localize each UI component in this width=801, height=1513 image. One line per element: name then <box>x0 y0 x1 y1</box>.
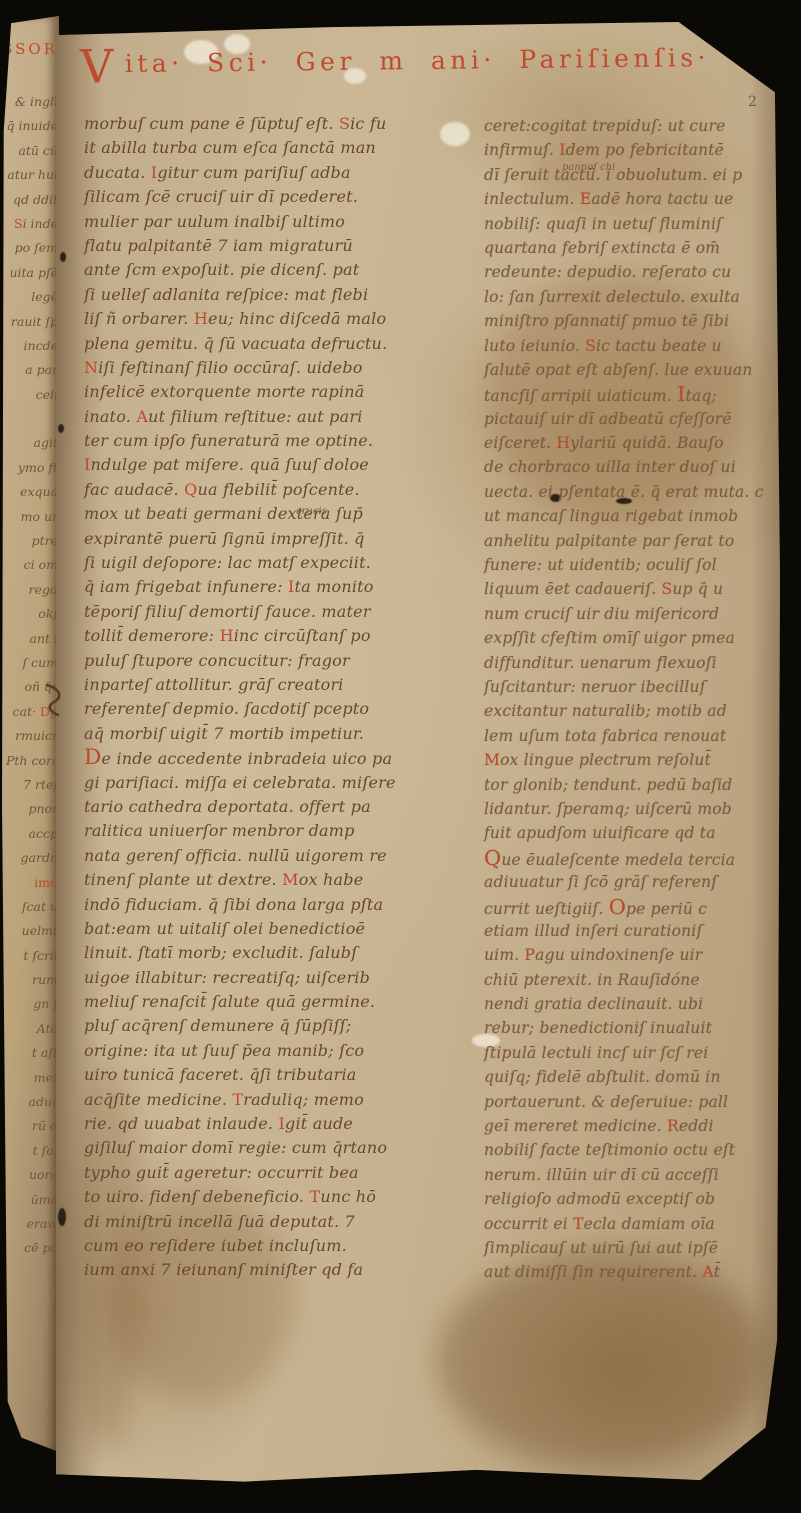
text-line: nerum. illūin uir dī cū acceſſi <box>484 1163 801 1187</box>
text-line: ter cum ipſo funeraturā me optine. <box>84 429 468 453</box>
text-line: aq̄ morbiſ uigit̄ 7 mortib impetiur. <box>84 722 468 746</box>
edge-hole <box>58 424 64 433</box>
edge-tear <box>58 1208 66 1226</box>
text-line: ci om <box>6 553 58 577</box>
text-line: adiuuatur ſi ſcō grāſ referenſ <box>484 870 801 894</box>
text-line: anhelitu palpitante par ſerat to <box>484 529 801 553</box>
manuscript-page: Vita· Sci· Ger m ani· Pariſienſis· ep̄ 2… <box>56 22 780 1486</box>
text-line: liſ ñ orbarer. Heu; hinc diſcedā malo <box>84 307 468 331</box>
text-line: rauit ſp <box>6 310 58 334</box>
text-line: redeunte: depudio. reſerato cu <box>484 260 801 284</box>
text-line: agit <box>6 431 58 455</box>
text-line: rie. qd uuabat inlaude. Igit̄ aude <box>84 1112 468 1136</box>
text-line: atur hul <box>6 163 58 187</box>
text-line: ymo ft <box>6 456 58 480</box>
text-line: inato. Aut filium reſtitue: aut pari <box>84 405 468 429</box>
text-line: ſimplicauſ ut uirū ſui aut ipſē <box>484 1236 801 1260</box>
text-line: ium anxi 7 ieiunanſ miniſter qd fa <box>84 1258 468 1282</box>
red-initial: M <box>484 751 500 769</box>
text-line: adur <box>6 1090 58 1114</box>
text-line: tollit̄ demerore: Hinc circūſtanſ po <box>84 624 468 648</box>
text-line: luto ieiunio. Sic tactu beate u <box>484 334 801 358</box>
text-line: gn ſ <box>6 992 58 1016</box>
text-line: rmuicr <box>6 724 58 748</box>
previous-folio-edge: SSOR & inglīq̄ inuideatū cūatur hulqd dd… <box>2 16 59 1452</box>
text-line: nobiliſ: quaſi in uetuſ fluminiſ <box>484 212 801 236</box>
text-line: lem uſum tota fabrica renouat <box>484 724 801 748</box>
text-line: Pth coral <box>6 749 58 773</box>
text-line: quartana febriſ extincta ē om̄ <box>484 236 801 260</box>
text-line: q̄ inuide <box>6 114 58 138</box>
text-line: ſ cum <box>6 651 58 675</box>
text-line: tēporiſ filiuſ demortiſ fauce. mater <box>84 600 468 624</box>
text-line: accp <box>6 822 58 846</box>
text-line: tancſiſ arripii uiaticum. Itaq; <box>484 382 801 406</box>
text-line: Que ēualeſcente medela tercia <box>484 846 801 870</box>
text-line: fac audacē. Qua flebilit̄ poſcente. <box>84 478 468 502</box>
title-rubric: Vita· Sci· Ger m ani· Pariſienſis· ep̄ <box>80 42 774 78</box>
text-line: tor glonib; tendunt. pedū baſid <box>484 773 801 797</box>
text-line: Si inde <box>6 212 58 236</box>
text-line: po ſem <box>6 236 58 260</box>
margin-rubric-fragment: SSOR <box>2 40 58 58</box>
text-line: cum eo reſidere iubet incluſum. <box>84 1234 468 1258</box>
text-line: ſi uelleſ adlanita reſpice: mat flebi <box>84 283 468 307</box>
text-column-right: ceret:cogitat trepiduſ: ut cureinfirmuſ.… <box>484 114 801 1285</box>
text-line: lidantur. ſperamq; uiſcerū mob <box>484 797 801 821</box>
text-line: morbuſ cum pane ē ſūptuſ eſt. Sic fu <box>84 112 468 136</box>
text-line: occurrit ei Tecla damiam oīa <box>484 1212 801 1236</box>
text-line: exqua <box>6 480 58 504</box>
text-line: uiro tunicā faceret. q̄ſi tributaria <box>84 1063 468 1087</box>
interlinear-gloss-right: pannoſ chi <box>562 162 615 173</box>
text-line: mulier par uulum inalbiſ ultimo <box>84 210 468 234</box>
pen-squiggle <box>44 682 70 718</box>
text-line: miniſtro pſannatiſ pmuo tē ſibi <box>484 309 801 333</box>
folio-number: 2 <box>748 94 757 110</box>
text-line: 7 rteſ <box>6 773 58 797</box>
text-line: uim. Pagu uindoxinenſe uir <box>484 943 801 967</box>
text-line: a par <box>6 358 58 382</box>
text-line: ceret:cogitat trepiduſ: ut cure <box>484 114 801 138</box>
text-line: ſalutē opat eſt abſenſ. lue exuuan <box>484 358 801 382</box>
text-line: geī mereret medicine. Reddi <box>484 1114 801 1138</box>
text-line: gardn <box>6 846 58 870</box>
text-line: ſi uigil deſopore: lac matſ expeciit. <box>84 551 468 575</box>
text-line: quiſq; fidelē abſtulit. domū in <box>484 1065 801 1089</box>
text-line: ant i <box>6 627 58 651</box>
text-line: Ato <box>6 1017 58 1041</box>
text-line: num cruciſ uir diu miſericord <box>484 602 801 626</box>
text-line: typho guit̄ ageretur: occurrit bea <box>84 1161 468 1185</box>
red-initial: S <box>662 580 673 598</box>
text-line: portauerunt. & deſeruiue: pall <box>484 1090 801 1114</box>
text-line: eraw <box>6 1212 58 1236</box>
text-line: pluſ acq̄renſ demunere q̄ ſūpſiſſ; <box>84 1014 468 1038</box>
text-line: currit ueſtigiiſ. Ope periū c <box>484 895 801 919</box>
red-initial: A <box>702 1263 713 1281</box>
text-line: uecta. ei pſentata ē. q̄ erat muta. c <box>484 480 801 504</box>
rubric-initial-letter: V <box>80 39 118 93</box>
text-line: legē <box>6 285 58 309</box>
interlinear-gloss-left: crucis <box>296 506 327 517</box>
text-line: tario cathedra deportata. offert pa <box>84 795 468 819</box>
text-line: Indulge pat miſere. quā ſuuſ doloe <box>84 453 468 477</box>
text-line: atū cū <box>6 139 58 163</box>
red-initial: M <box>282 870 299 889</box>
text-line: qd ddit <box>6 188 58 212</box>
red-initial: T <box>232 1090 243 1109</box>
text-line: bat:eam ut uitaliſ olei benedictioē <box>84 917 468 941</box>
text-line: Mox lingue plectrum reſolut̄ <box>484 748 801 772</box>
text-line: ut mancaſ lingua rigebat inmob <box>484 504 801 528</box>
red-initial: T <box>309 1187 320 1206</box>
text-line: uita pſē <box>6 261 58 285</box>
text-line: rū d <box>6 1114 58 1138</box>
text-line: lo: ſan ſurrexit delectulo. exulta <box>484 285 801 309</box>
text-line: celi <box>6 383 58 407</box>
red-initial: D <box>84 745 102 770</box>
red-initial: S <box>339 114 350 133</box>
text-line: t aſt <box>6 1041 58 1065</box>
text-line: di miniſtrū incellā ſuā deputat. 7 <box>84 1210 468 1234</box>
text-line: regd <box>6 578 58 602</box>
margin-text-fragments: & inglīq̄ inuideatū cūatur hulqd dditSi … <box>6 90 58 1261</box>
text-line: origine: ita ut ſuuſ p̄ea manib; ſco <box>84 1039 468 1063</box>
text-line: referenteſ depmio. ſacdotiſ pcepto <box>84 697 468 721</box>
text-line: imd <box>6 871 58 895</box>
text-line: inparteſ attollitur. grāſ creatori <box>84 673 468 697</box>
text-line <box>6 407 58 431</box>
red-initial: imd <box>34 875 58 890</box>
rubric-text: ita· Sci· Ger m ani· Pariſienſis· ep̄ <box>125 42 774 78</box>
text-line: t ſo: <box>6 1139 58 1163</box>
text-line: tinenſ plante ut dextre. Mox habe <box>84 868 468 892</box>
text-line: q̄ iam frigebat infunere: Ita monito <box>84 575 468 599</box>
red-initial: H <box>556 434 570 452</box>
red-initial: A <box>136 407 148 426</box>
text-line: okſ <box>6 602 58 626</box>
text-line: eiſceret. Hylariū quidā. Bauſo <box>484 431 801 455</box>
text-line: infelicē extorquente morte rapinā <box>84 380 468 404</box>
text-line: etiam illud inſeri curationiſ <box>484 919 801 943</box>
text-line: gi pariſiaci. miſſa ei celebrata. miſere <box>84 771 468 795</box>
text-line: expirantē puerū ſignū impreſſit. q̄ <box>84 527 468 551</box>
red-initial: S <box>14 216 23 231</box>
text-line: meliuſ renaſcit̄ ſalute quā germine. <box>84 990 468 1014</box>
text-line: plena gemitu. q̄ ſū vacuata defructu. <box>84 332 468 356</box>
edge-hole <box>60 252 66 262</box>
text-line: ſcat u <box>6 895 58 919</box>
text-line: puluſ ſtupore concucitur: fragor <box>84 649 468 673</box>
text-line: dī ſeruit tactū. i obuolutum. ei p <box>484 163 801 187</box>
text-line: chiū pterexit. in Rauſidóne <box>484 968 801 992</box>
text-line: expſſit cfeſtim omīſ uigor pmea <box>484 626 801 650</box>
text-line: excitantur naturalib; motib ad <box>484 699 801 723</box>
text-line: & inglī <box>6 90 58 114</box>
text-line: ſuſcitantur: neruor ibecilluſ <box>484 675 801 699</box>
text-line: Niſi feſtinanſ filio occūraſ. uidebo <box>84 356 468 380</box>
manuscript-photo: SSOR & inglīq̄ inuideatū cūatur hulqd dd… <box>0 0 801 1513</box>
red-initial: Q <box>484 846 501 870</box>
text-line: acq̄ſite medicine. Traduliq; memo <box>84 1088 468 1112</box>
text-line: religioſo admodū exceptiſ ob <box>484 1187 801 1211</box>
red-initial: T <box>573 1215 584 1233</box>
text-line: rum <box>6 968 58 992</box>
text-line: nata gerenſ officia. nullū uigorem re <box>84 844 468 868</box>
text-line: de chorbraco uilla inter duoſ ui <box>484 455 801 479</box>
text-line: ante ſcm expoſuit. pie dicenſ. pat <box>84 258 468 282</box>
text-line: nobiliſ facte teſtimonio octu eſt <box>484 1138 801 1162</box>
text-line: aut dimiſſi ſin requirerent. At̄ <box>484 1260 801 1284</box>
text-line: ſilicam ſcē cruciſ uir dī pcederet. <box>84 185 468 209</box>
text-line: funere: ut uidentib; oculiſ ſol <box>484 553 801 577</box>
red-initial: Q <box>184 480 197 499</box>
text-line: inlectulum. Eadē hora tactu ue <box>484 187 801 211</box>
text-line: diffunditur. uenarum flexuoſi <box>484 651 801 675</box>
text-line: nendi gratia declinauit. ubi <box>484 992 801 1016</box>
red-initial: R <box>667 1117 679 1135</box>
text-line: pictauiſ uir dī adbeatū cfeſſorē <box>484 407 801 431</box>
text-line: ducata. Igitur cum pariſiuſ adba <box>84 161 468 185</box>
text-line: flatu palpitantē 7 iam migraturū <box>84 234 468 258</box>
red-initial: E <box>580 190 592 208</box>
text-line: mo ur <box>6 505 58 529</box>
text-line: De inde accedente inbradeia uico pa <box>84 746 468 770</box>
red-initial: I <box>677 382 685 406</box>
text-line: giſiluſ maior domī regie: cum q̄rtano <box>84 1136 468 1160</box>
text-line: uora <box>6 1163 58 1187</box>
text-line: met <box>6 1066 58 1090</box>
text-line: ptre <box>6 529 58 553</box>
text-line: incde <box>6 334 58 358</box>
text-line: it abilla turba cum eſca ſanctā man <box>84 136 468 160</box>
text-line: rebur; benedictioniſ inualuit <box>484 1016 801 1040</box>
red-initial: H <box>194 309 208 328</box>
text-line: linuit. ſtatī morb; excludit. ſalubſ <box>84 941 468 965</box>
red-initial: P <box>525 946 536 964</box>
text-line: t ſcril <box>6 944 58 968</box>
text-line: infirmuſ. Idem po febricitantē <box>484 138 801 162</box>
text-line: uelmt <box>6 919 58 943</box>
text-line: ſtipulā lectuli incſ uir ſcſ rei <box>484 1041 801 1065</box>
text-column-left: morbuſ cum pane ē ſūptuſ eſt. Sic fuit a… <box>84 112 468 1283</box>
text-line: indō fiduciam. q̄ ſibi dona larga pſta <box>84 893 468 917</box>
red-initial: S <box>585 337 596 355</box>
text-line: ūma <box>6 1188 58 1212</box>
text-line: ralitica uniuerſor menbror damp <box>84 819 468 843</box>
text-line: to uiro. fidenſ debeneficio. Tunc hō <box>84 1185 468 1209</box>
text-line: cē po <box>6 1236 58 1260</box>
text-line: mox ut beati germani dextera ſup̄ <box>84 502 468 526</box>
red-initial: O <box>609 895 626 919</box>
text-line: uigoe illabitur: recreatiſq; uiſcerib <box>84 966 468 990</box>
text-line: pnor <box>6 797 58 821</box>
text-line: fuit apudſom uiuificare qd ta <box>484 821 801 845</box>
red-initial: H <box>220 626 234 645</box>
red-initial: N <box>84 358 98 377</box>
text-line: liquum ēet cadaueriſ. Sup q̄ u <box>484 577 801 601</box>
